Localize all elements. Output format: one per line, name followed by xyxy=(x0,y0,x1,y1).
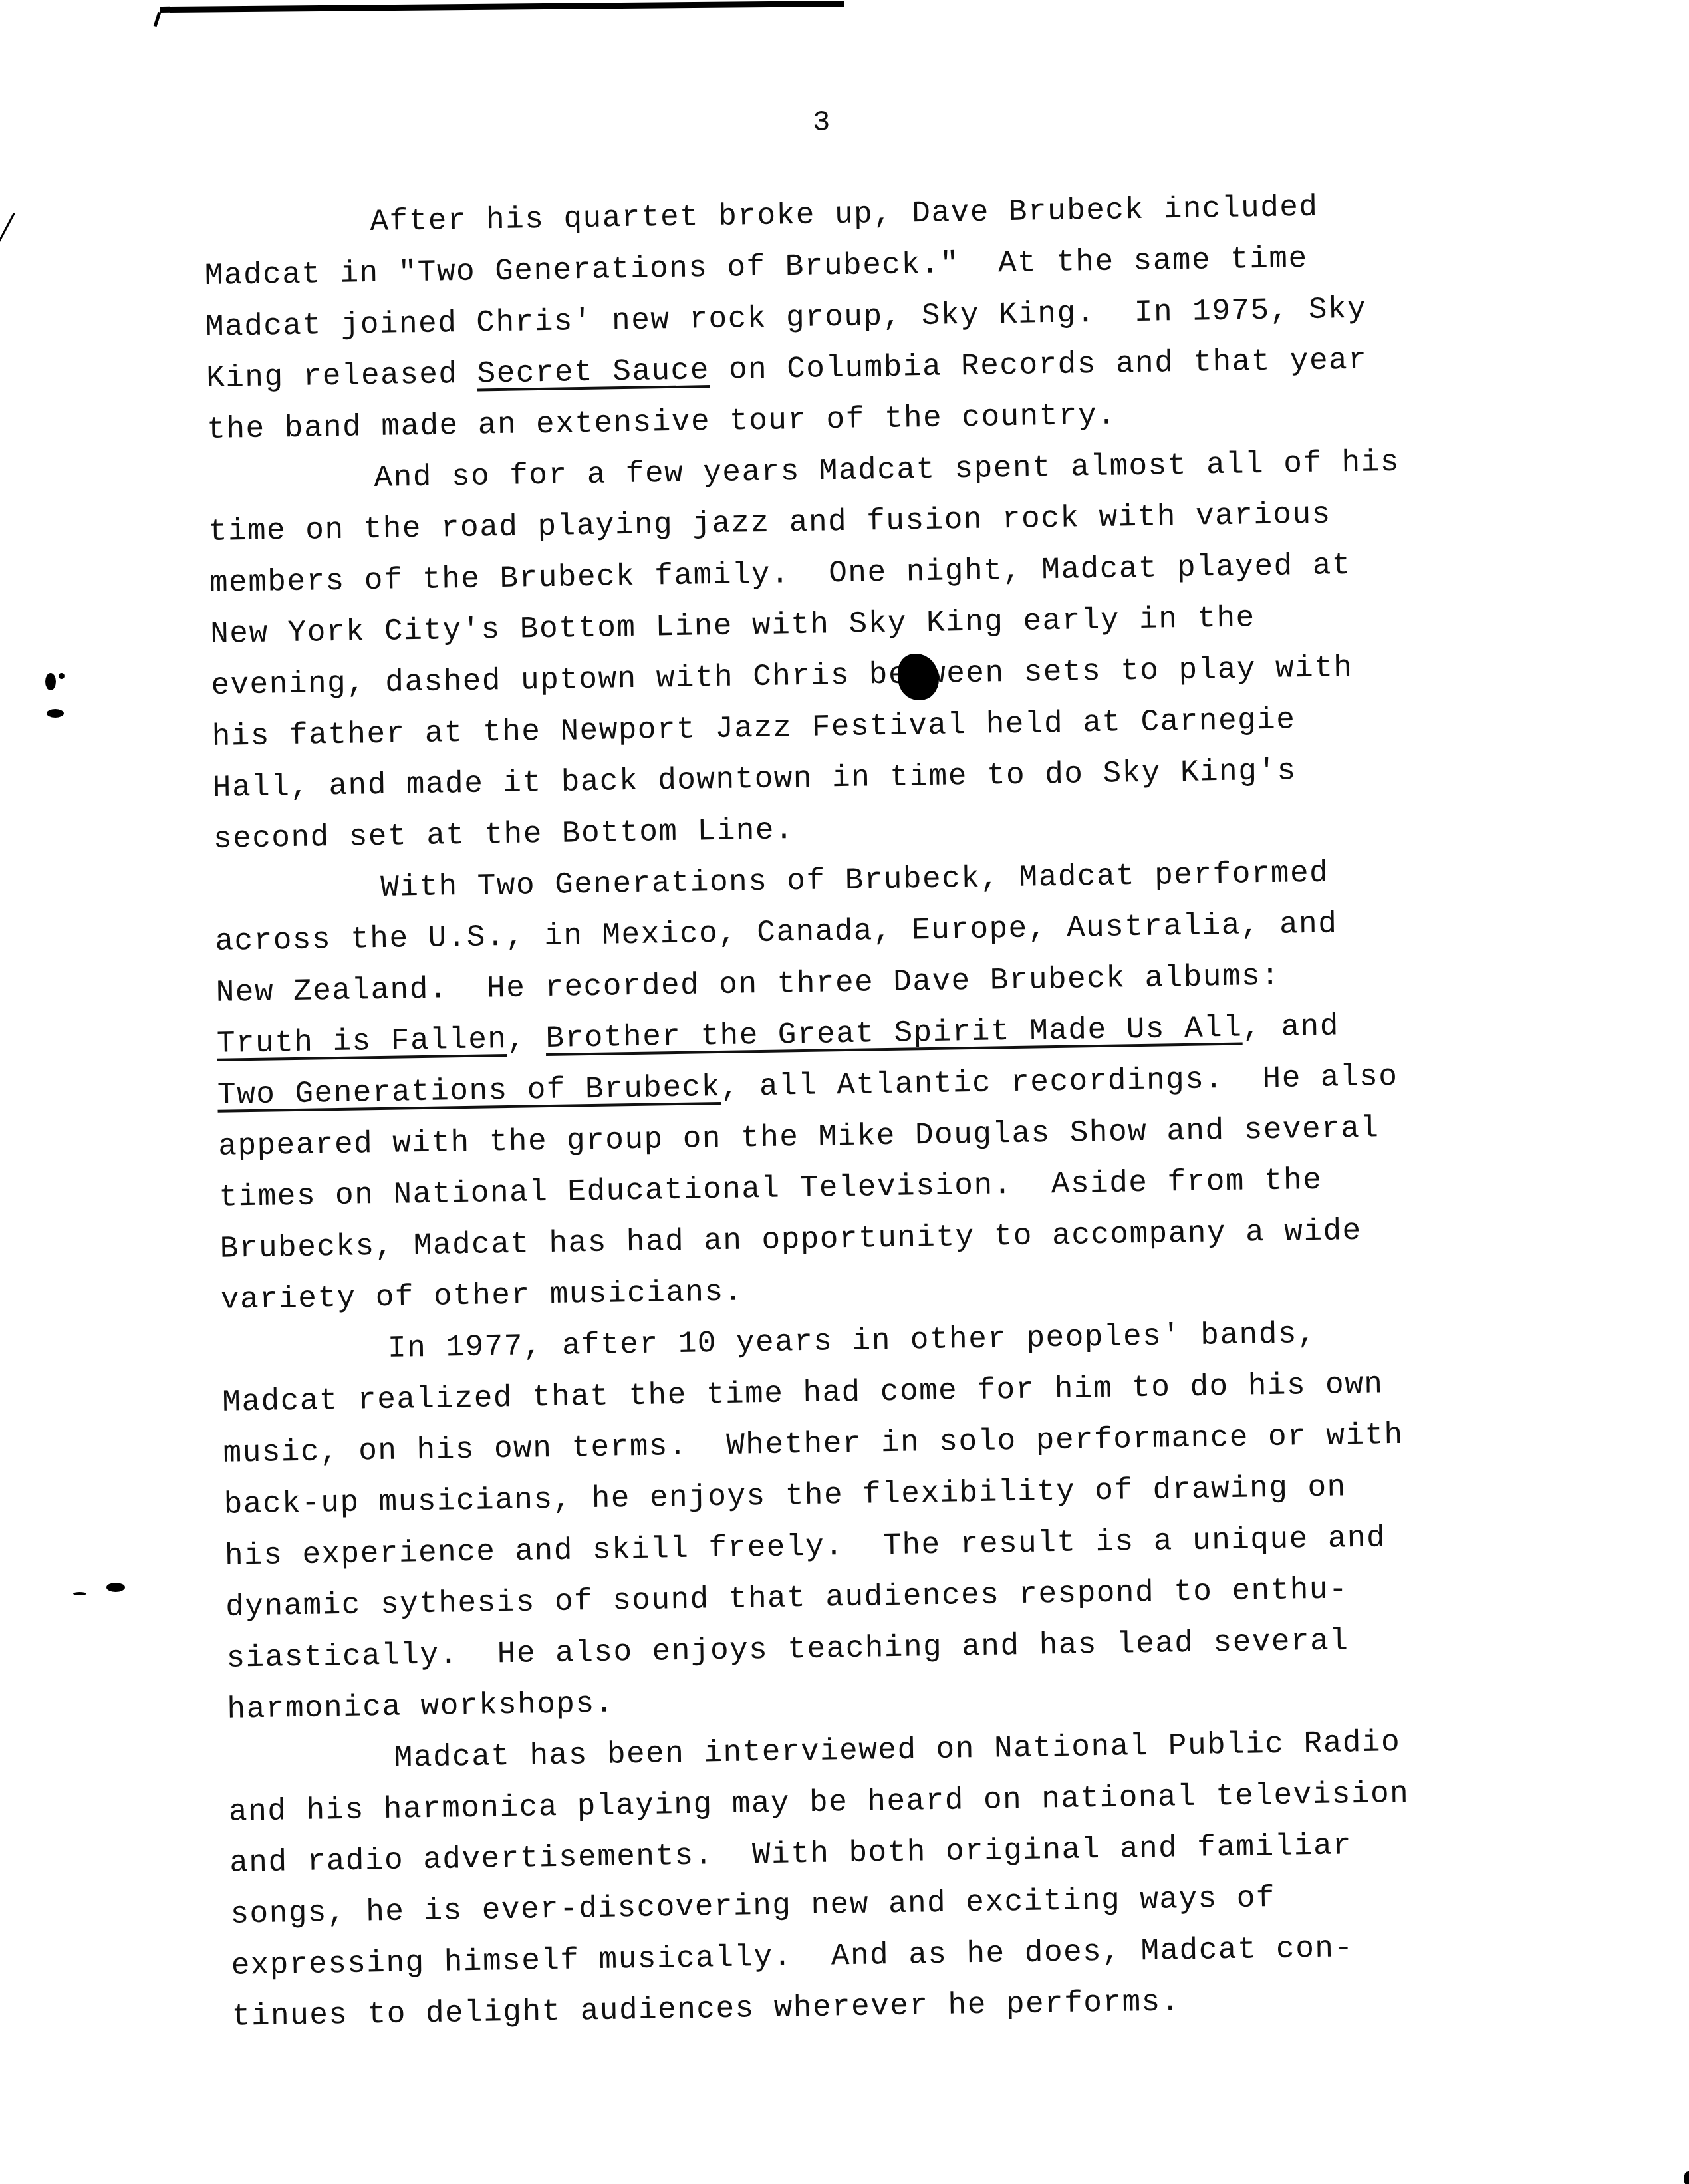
ink-blot xyxy=(73,1592,86,1595)
scan-edge-hook xyxy=(154,12,162,27)
text-run: Hall, and made it back downtown in time … xyxy=(212,753,1296,805)
text-run: Madcat realized that the time had come f… xyxy=(222,1367,1384,1419)
scan-edge-line xyxy=(160,1,844,13)
text-run: times on National Educational Television… xyxy=(219,1163,1323,1215)
ink-blot xyxy=(59,673,65,679)
text-run: members of the Brubeck family. One night… xyxy=(209,548,1352,601)
text-run: Madcat in "Two Generations of Brubeck." … xyxy=(204,241,1308,293)
text-run: evening, dashed uptown with Chris betwee… xyxy=(211,650,1353,703)
text-run: New York City's Bottom Line with Sky Kin… xyxy=(210,601,1255,652)
text-run: harmonica workshops. xyxy=(227,1687,614,1727)
text-run: expressing himself musically. And as he … xyxy=(231,1931,1354,1983)
text-run: Madcat has been interviewed on National … xyxy=(394,1725,1400,1776)
text-run: his experience and skill freely. The res… xyxy=(225,1520,1386,1573)
text-run: With Two Generations of Brubeck, Madcat … xyxy=(380,856,1329,905)
text-run: Brubecks, Madcat has had an opportunity … xyxy=(219,1214,1362,1266)
paragraph: In 1977, after 10 years in other peoples… xyxy=(221,1305,1557,1735)
ink-blot xyxy=(45,673,56,690)
ink-blot xyxy=(47,709,64,718)
paragraph: And so for a few years Madcat spent almo… xyxy=(207,435,1543,865)
text-run: appeared with the group on the Mike Doug… xyxy=(218,1111,1380,1163)
text-run: back-up musicians, he enjoys the flexibi… xyxy=(223,1470,1347,1522)
paragraph: Madcat has been interviewed on National … xyxy=(227,1714,1562,2042)
text-run: siastically. He also enjoys teaching and… xyxy=(226,1623,1349,1676)
underlined-title: Secret Sauce xyxy=(477,353,710,391)
text-run: , xyxy=(507,1022,546,1057)
text-run: New Zealand. He recorded on three Dave B… xyxy=(215,959,1280,1010)
ink-blot xyxy=(1684,2171,1689,2184)
text-run: King released xyxy=(206,357,477,396)
body-text: After his quartet broke up, Dave Brubeck… xyxy=(203,179,1562,2043)
text-run: across the U.S., in Mexico, Canada, Euro… xyxy=(215,906,1338,959)
page-number: 3 xyxy=(813,106,830,140)
text-run: on Columbia Records and that year xyxy=(709,343,1367,388)
document-page: 3 After his quartet broke up, Dave Brube… xyxy=(0,0,1689,2184)
text-run: After his quartet broke up, Dave Brubeck… xyxy=(370,190,1319,239)
text-run: , all Atlantic recordings. He also xyxy=(720,1059,1398,1105)
text-run: Madcat joined Chris' new rock group, Sky… xyxy=(205,292,1367,344)
text-run: songs, he is ever-discovering new and ex… xyxy=(230,1881,1275,1932)
text-run: , and xyxy=(1242,1009,1339,1045)
text-run: and his harmonica playing may be heard o… xyxy=(229,1776,1410,1830)
text-run: the band made an extensive tour of the c… xyxy=(207,398,1117,446)
ink-blot xyxy=(106,1583,125,1592)
underlined-title: Truth is Fallen xyxy=(217,1022,507,1061)
text-run: variety of other musicians. xyxy=(221,1274,744,1317)
text-run: time on the road playing jazz and fusion… xyxy=(208,497,1331,549)
paragraph: With Two Generations of Brubeck, Madcat … xyxy=(214,844,1551,1325)
text-run: music, on his own terms. Whether in solo… xyxy=(223,1418,1404,1471)
underlined-title: Two Generations of Brubeck xyxy=(217,1070,721,1113)
text-run: dynamic sythesis of sound that audiences… xyxy=(225,1572,1349,1625)
paragraph: After his quartet broke up, Dave Brubeck… xyxy=(203,179,1537,456)
text-run: and radio advertisements. With both orig… xyxy=(229,1828,1353,1881)
underlined-title: Brother the Great Spirit Made Us All xyxy=(545,1011,1242,1056)
text-run: And so for a few years Madcat spent almo… xyxy=(374,445,1400,495)
text-run: second set at the Bottom Line. xyxy=(213,813,795,857)
text-run: tinues to delight audiences wherever he … xyxy=(232,1984,1181,2034)
margin-mark xyxy=(0,213,15,284)
text-run: In 1977, after 10 years in other peoples… xyxy=(388,1317,1317,1366)
text-run: his father at the Newport Jazz Festival … xyxy=(211,702,1295,754)
